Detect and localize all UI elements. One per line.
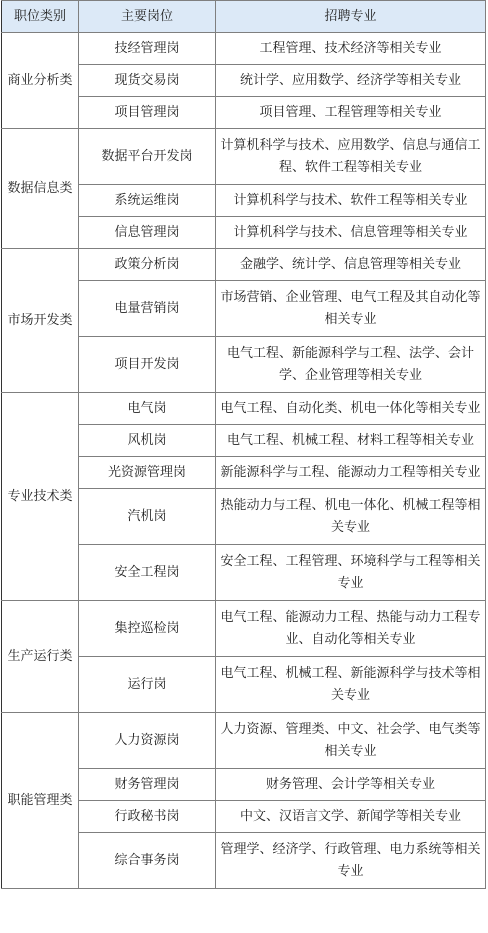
majors-cell: 电气工程、能源动力工程、热能与动力工程专业、自动化等相关专业 (216, 601, 486, 657)
category-cell: 市场开发类 (2, 249, 79, 393)
majors-cell: 市场营销、企业管理、电气工程及其自动化等相关专业 (216, 281, 486, 337)
majors-cell: 电气工程、机械工程、材料工程等相关专业 (216, 425, 486, 457)
header-category: 职位类别 (2, 1, 79, 33)
position-cell: 技经管理岗 (79, 33, 216, 65)
table-row: 市场开发类政策分析岗金融学、统计学、信息管理等相关专业 (2, 249, 486, 281)
category-cell: 专业技术类 (2, 393, 79, 601)
category-cell: 职能管理类 (2, 713, 79, 889)
majors-cell: 计算机科学与技术、软件工程等相关专业 (216, 185, 486, 217)
position-cell: 光资源管理岗 (79, 457, 216, 489)
position-cell: 政策分析岗 (79, 249, 216, 281)
position-cell: 项目开发岗 (79, 337, 216, 393)
position-cell: 综合事务岗 (79, 833, 216, 889)
category-cell: 数据信息类 (2, 129, 79, 249)
header-majors: 招聘专业 (216, 1, 486, 33)
table-row: 职能管理类人力资源岗人力资源、管理类、中文、社会学、电气类等相关专业 (2, 713, 486, 769)
table-body: 商业分析类技经管理岗工程管理、技术经济等相关专业现货交易岗统计学、应用数学、经济… (2, 33, 486, 889)
majors-cell: 人力资源、管理类、中文、社会学、电气类等相关专业 (216, 713, 486, 769)
majors-cell: 计算机科学与技术、应用数学、信息与通信工程、软件工程等相关专业 (216, 129, 486, 185)
majors-cell: 项目管理、工程管理等相关专业 (216, 97, 486, 129)
position-cell: 集控巡检岗 (79, 601, 216, 657)
header-position: 主要岗位 (79, 1, 216, 33)
header-row: 职位类别 主要岗位 招聘专业 (2, 1, 486, 33)
majors-cell: 工程管理、技术经济等相关专业 (216, 33, 486, 65)
position-cell: 安全工程岗 (79, 545, 216, 601)
table-row: 专业技术类电气岗电气工程、自动化类、机电一体化等相关专业 (2, 393, 486, 425)
position-cell: 系统运维岗 (79, 185, 216, 217)
majors-cell: 统计学、应用数学、经济学等相关专业 (216, 65, 486, 97)
majors-cell: 热能动力与工程、机电一体化、机械工程等相关专业 (216, 489, 486, 545)
recruitment-table: 职位类别 主要岗位 招聘专业 商业分析类技经管理岗工程管理、技术经济等相关专业现… (1, 0, 486, 889)
position-cell: 数据平台开发岗 (79, 129, 216, 185)
position-cell: 汽机岗 (79, 489, 216, 545)
table-row: 数据信息类数据平台开发岗计算机科学与技术、应用数学、信息与通信工程、软件工程等相… (2, 129, 486, 185)
majors-cell: 电气工程、新能源科学与工程、法学、会计学、企业管理等相关专业 (216, 337, 486, 393)
category-cell: 生产运行类 (2, 601, 79, 713)
majors-cell: 管理学、经济学、行政管理、电力系统等相关专业 (216, 833, 486, 889)
category-cell: 商业分析类 (2, 33, 79, 129)
position-cell: 电量营销岗 (79, 281, 216, 337)
position-cell: 人力资源岗 (79, 713, 216, 769)
majors-cell: 新能源科学与工程、能源动力工程等相关专业 (216, 457, 486, 489)
majors-cell: 电气工程、机械工程、新能源科学与技术等相关专业 (216, 657, 486, 713)
position-cell: 财务管理岗 (79, 769, 216, 801)
majors-cell: 中文、汉语言文学、新闻学等相关专业 (216, 801, 486, 833)
position-cell: 风机岗 (79, 425, 216, 457)
table-row: 商业分析类技经管理岗工程管理、技术经济等相关专业 (2, 33, 486, 65)
majors-cell: 计算机科学与技术、信息管理等相关专业 (216, 217, 486, 249)
majors-cell: 财务管理、会计学等相关专业 (216, 769, 486, 801)
position-cell: 信息管理岗 (79, 217, 216, 249)
position-cell: 电气岗 (79, 393, 216, 425)
majors-cell: 电气工程、自动化类、机电一体化等相关专业 (216, 393, 486, 425)
table-row: 生产运行类集控巡检岗电气工程、能源动力工程、热能与动力工程专业、自动化等相关专业 (2, 601, 486, 657)
position-cell: 行政秘书岗 (79, 801, 216, 833)
position-cell: 运行岗 (79, 657, 216, 713)
majors-cell: 安全工程、工程管理、环境科学与工程等相关专业 (216, 545, 486, 601)
majors-cell: 金融学、统计学、信息管理等相关专业 (216, 249, 486, 281)
position-cell: 现货交易岗 (79, 65, 216, 97)
position-cell: 项目管理岗 (79, 97, 216, 129)
